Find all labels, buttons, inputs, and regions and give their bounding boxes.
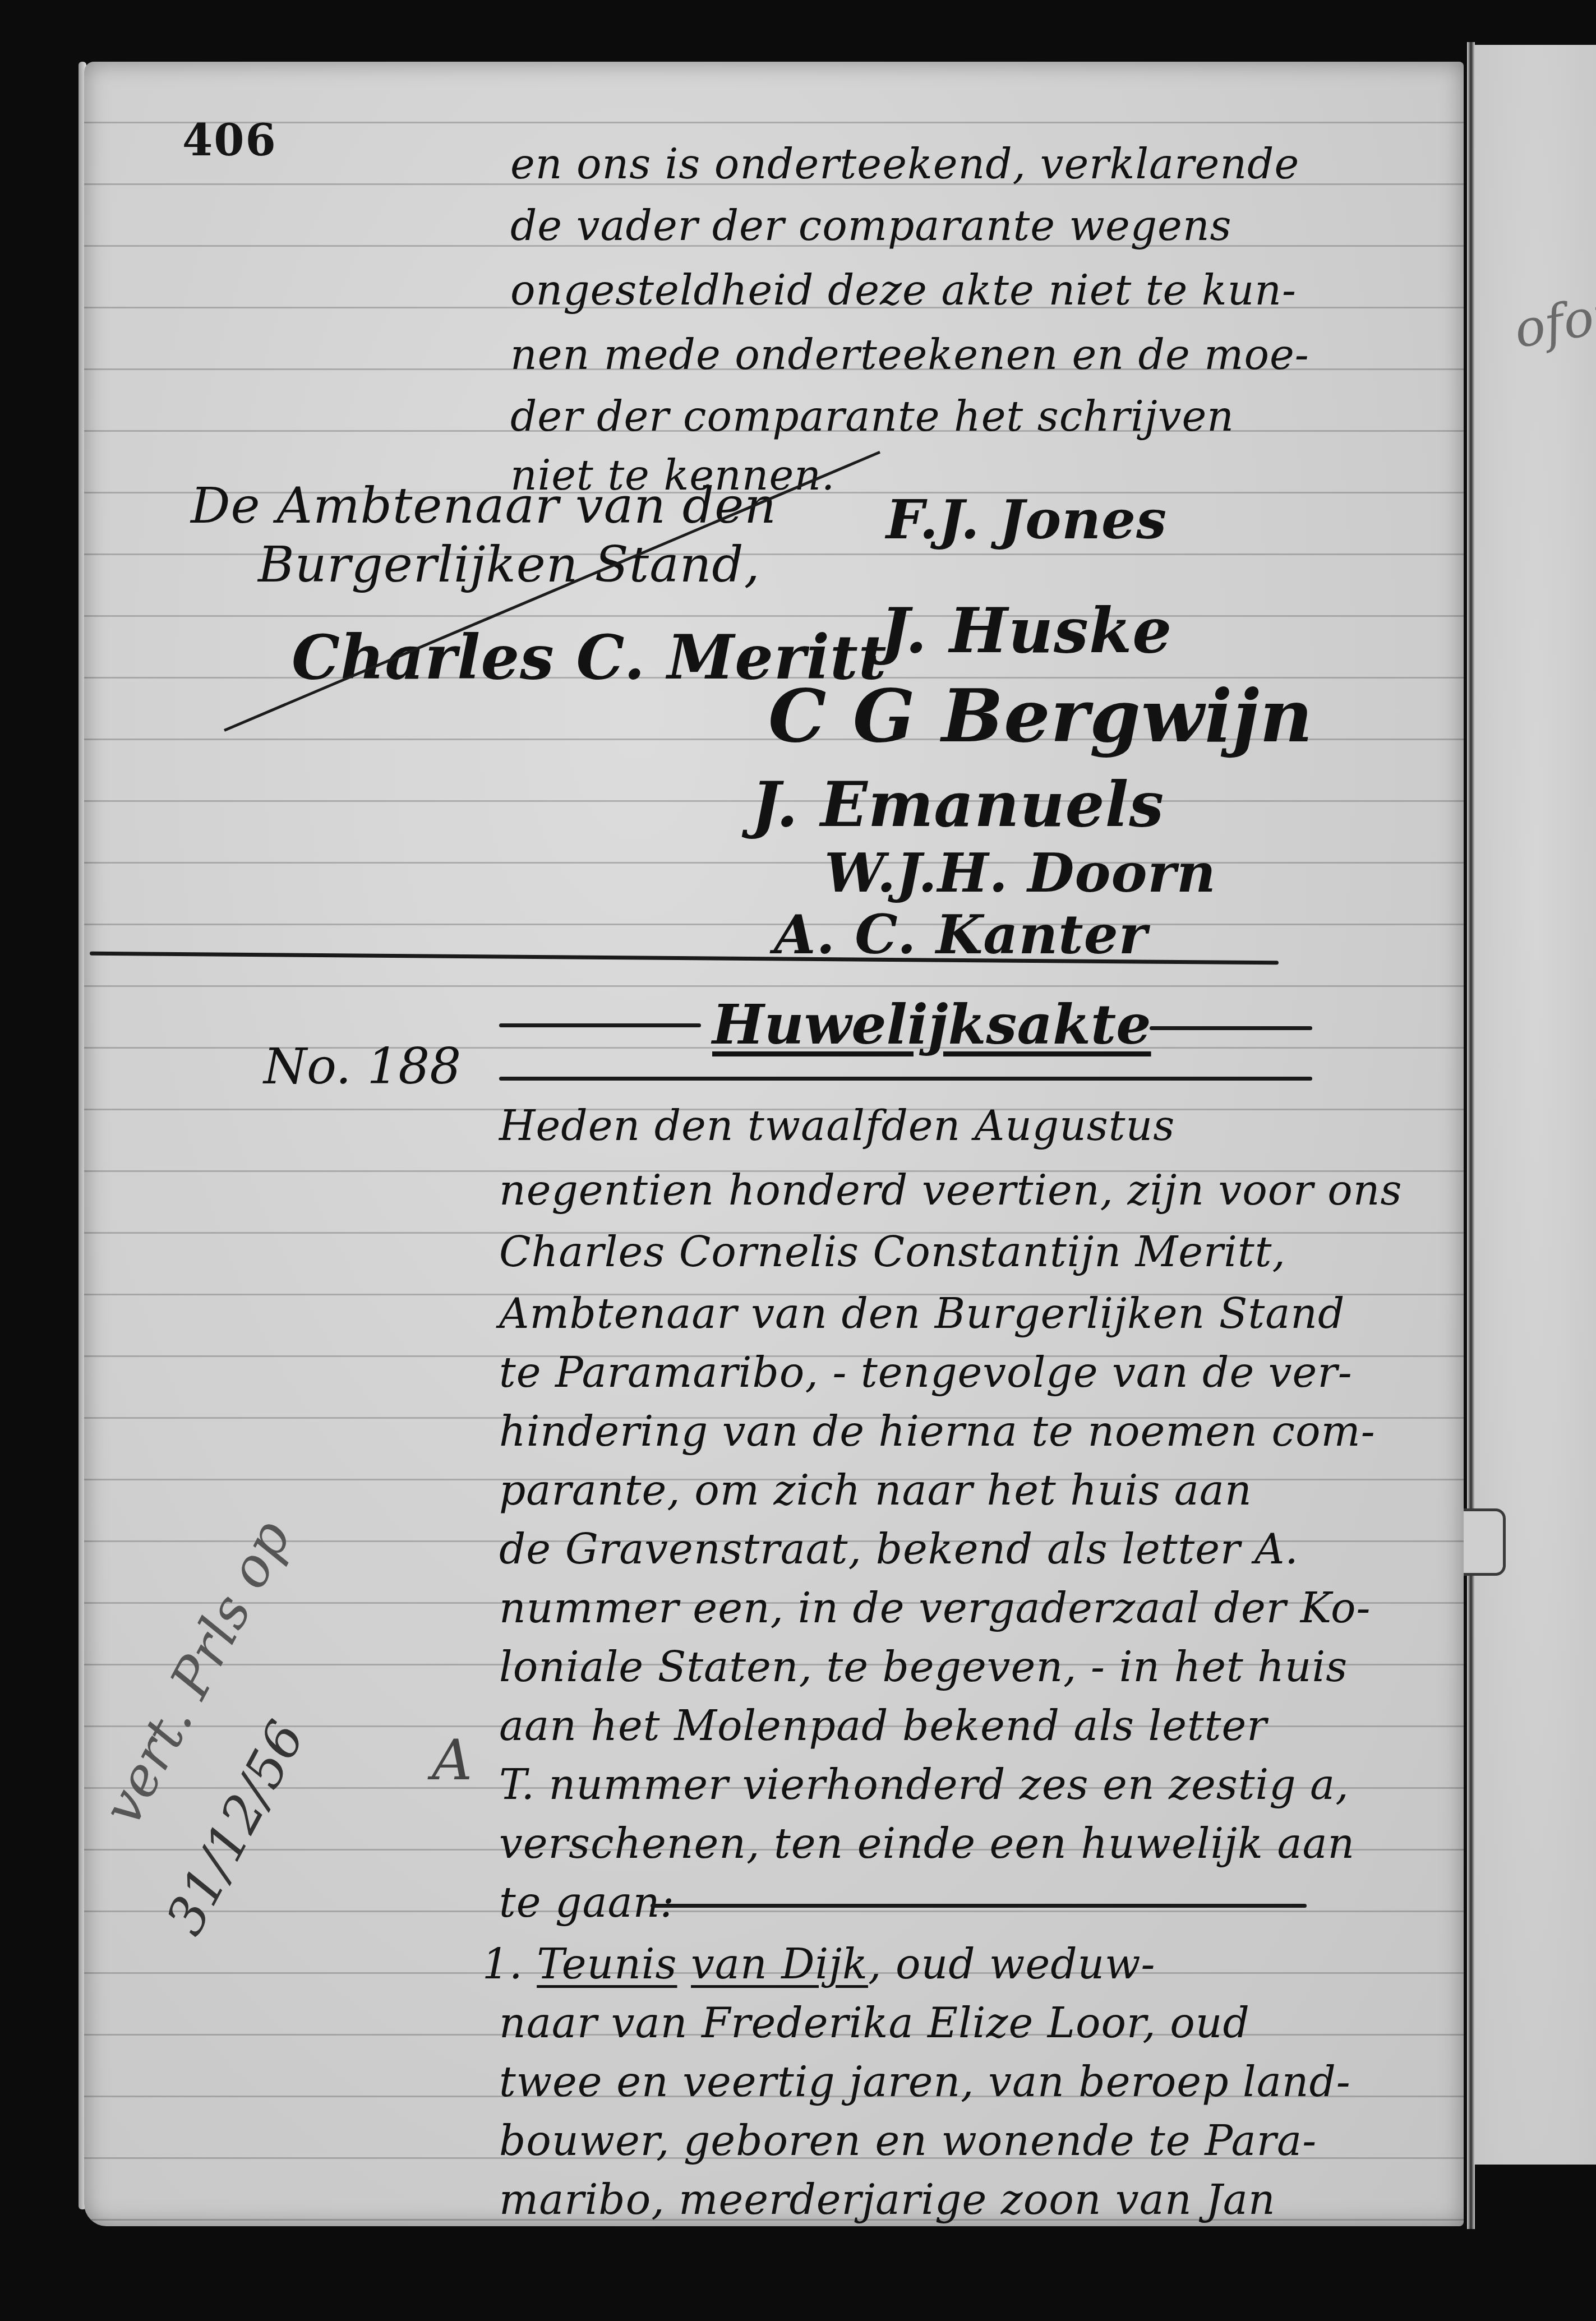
text-line: te Paramaribo, - tengevolge van de ver- [499,1349,1353,1397]
text-line: der der comparante het schrijven [510,393,1234,441]
text-line: parante, om zich naar het huis aan [499,1466,1252,1515]
official-title-line-1: De Ambtenaar van den [191,477,777,534]
witness-signature: W.J.H. Doorn [824,841,1216,905]
text-line: twee en veertig jaren, van beroep land- [499,2058,1351,2106]
page-tear-mark [1464,1508,1506,1576]
witness-signature: J. Huske [880,594,1172,667]
text-line: verschenen, ten einde een huwelijk aan [499,1820,1355,1868]
text-line: maribo, meerderjarige zoon van Jan [499,2176,1276,2224]
text-line: loniale Staten, te begeven, - in het hui… [499,1643,1348,1691]
text-line: nummer een, in de vergaderzaal der Ko- [499,1584,1371,1632]
groom-first-name: Teunis [537,1940,677,1988]
page-number: 406 [182,115,277,166]
witness-signature: J. Emanuels [751,768,1164,841]
adjacent-page [1475,45,1596,2165]
text-line: en ons is onderteekend, verklarende [510,140,1299,188]
text-line: hindering van de hierna te noemen com- [499,1408,1376,1456]
text-line: te gaan: [499,1879,675,1927]
text-line: ongesteldheid deze akte niet te kun- [510,266,1297,315]
text-line: Heden den twaalfden Augustus [499,1102,1175,1150]
text-line: bouwer, geboren en wonende te Para- [499,2117,1317,2165]
groom-suffix: , oud weduw- [868,1940,1156,1988]
margin-marker: A [432,1727,472,1793]
record-rule [499,1077,1312,1081]
text-line: naar van Frederika Elize Loor, oud [499,1999,1250,2047]
line-filler-rule [651,1904,1307,1908]
groom-prefix: 1. [482,1940,537,1988]
text-line: T. nummer vierhonderd zes en zestig a, [499,1761,1349,1809]
groom-last-name: van Dijk [691,1940,868,1988]
text-line: de vader der comparante wegens [510,202,1232,250]
text-line: Charles Cornelis Constantijn Meritt, [499,1228,1286,1276]
text-line: aan het Molenpad bekend als letter [499,1702,1267,1750]
record-number: No. 188 [264,1037,461,1095]
groom-line: 1. Teunis van Dijk, oud weduw- [482,1940,1156,1988]
text-line: Ambtenaar van den Burgerlijken Stand [499,1290,1345,1338]
text-line: nen mede onderteekenen en de moe- [510,331,1309,379]
text-line: negentien honderd veertien, zijn voor on… [499,1166,1402,1215]
book-spine [1467,42,1475,2229]
official-title-line-2: Burgerlijken Stand, [258,536,760,593]
record-heading: Huwelijksakte [712,993,1151,1057]
witness-signature: C G Bergwijn [768,673,1313,759]
text-line: de Gravenstraat, bekend als letter A. [499,1525,1299,1574]
heading-rule-left [499,1023,701,1027]
witness-signature: F.J. Jones [886,488,1167,551]
heading-rule-right [1150,1026,1312,1030]
